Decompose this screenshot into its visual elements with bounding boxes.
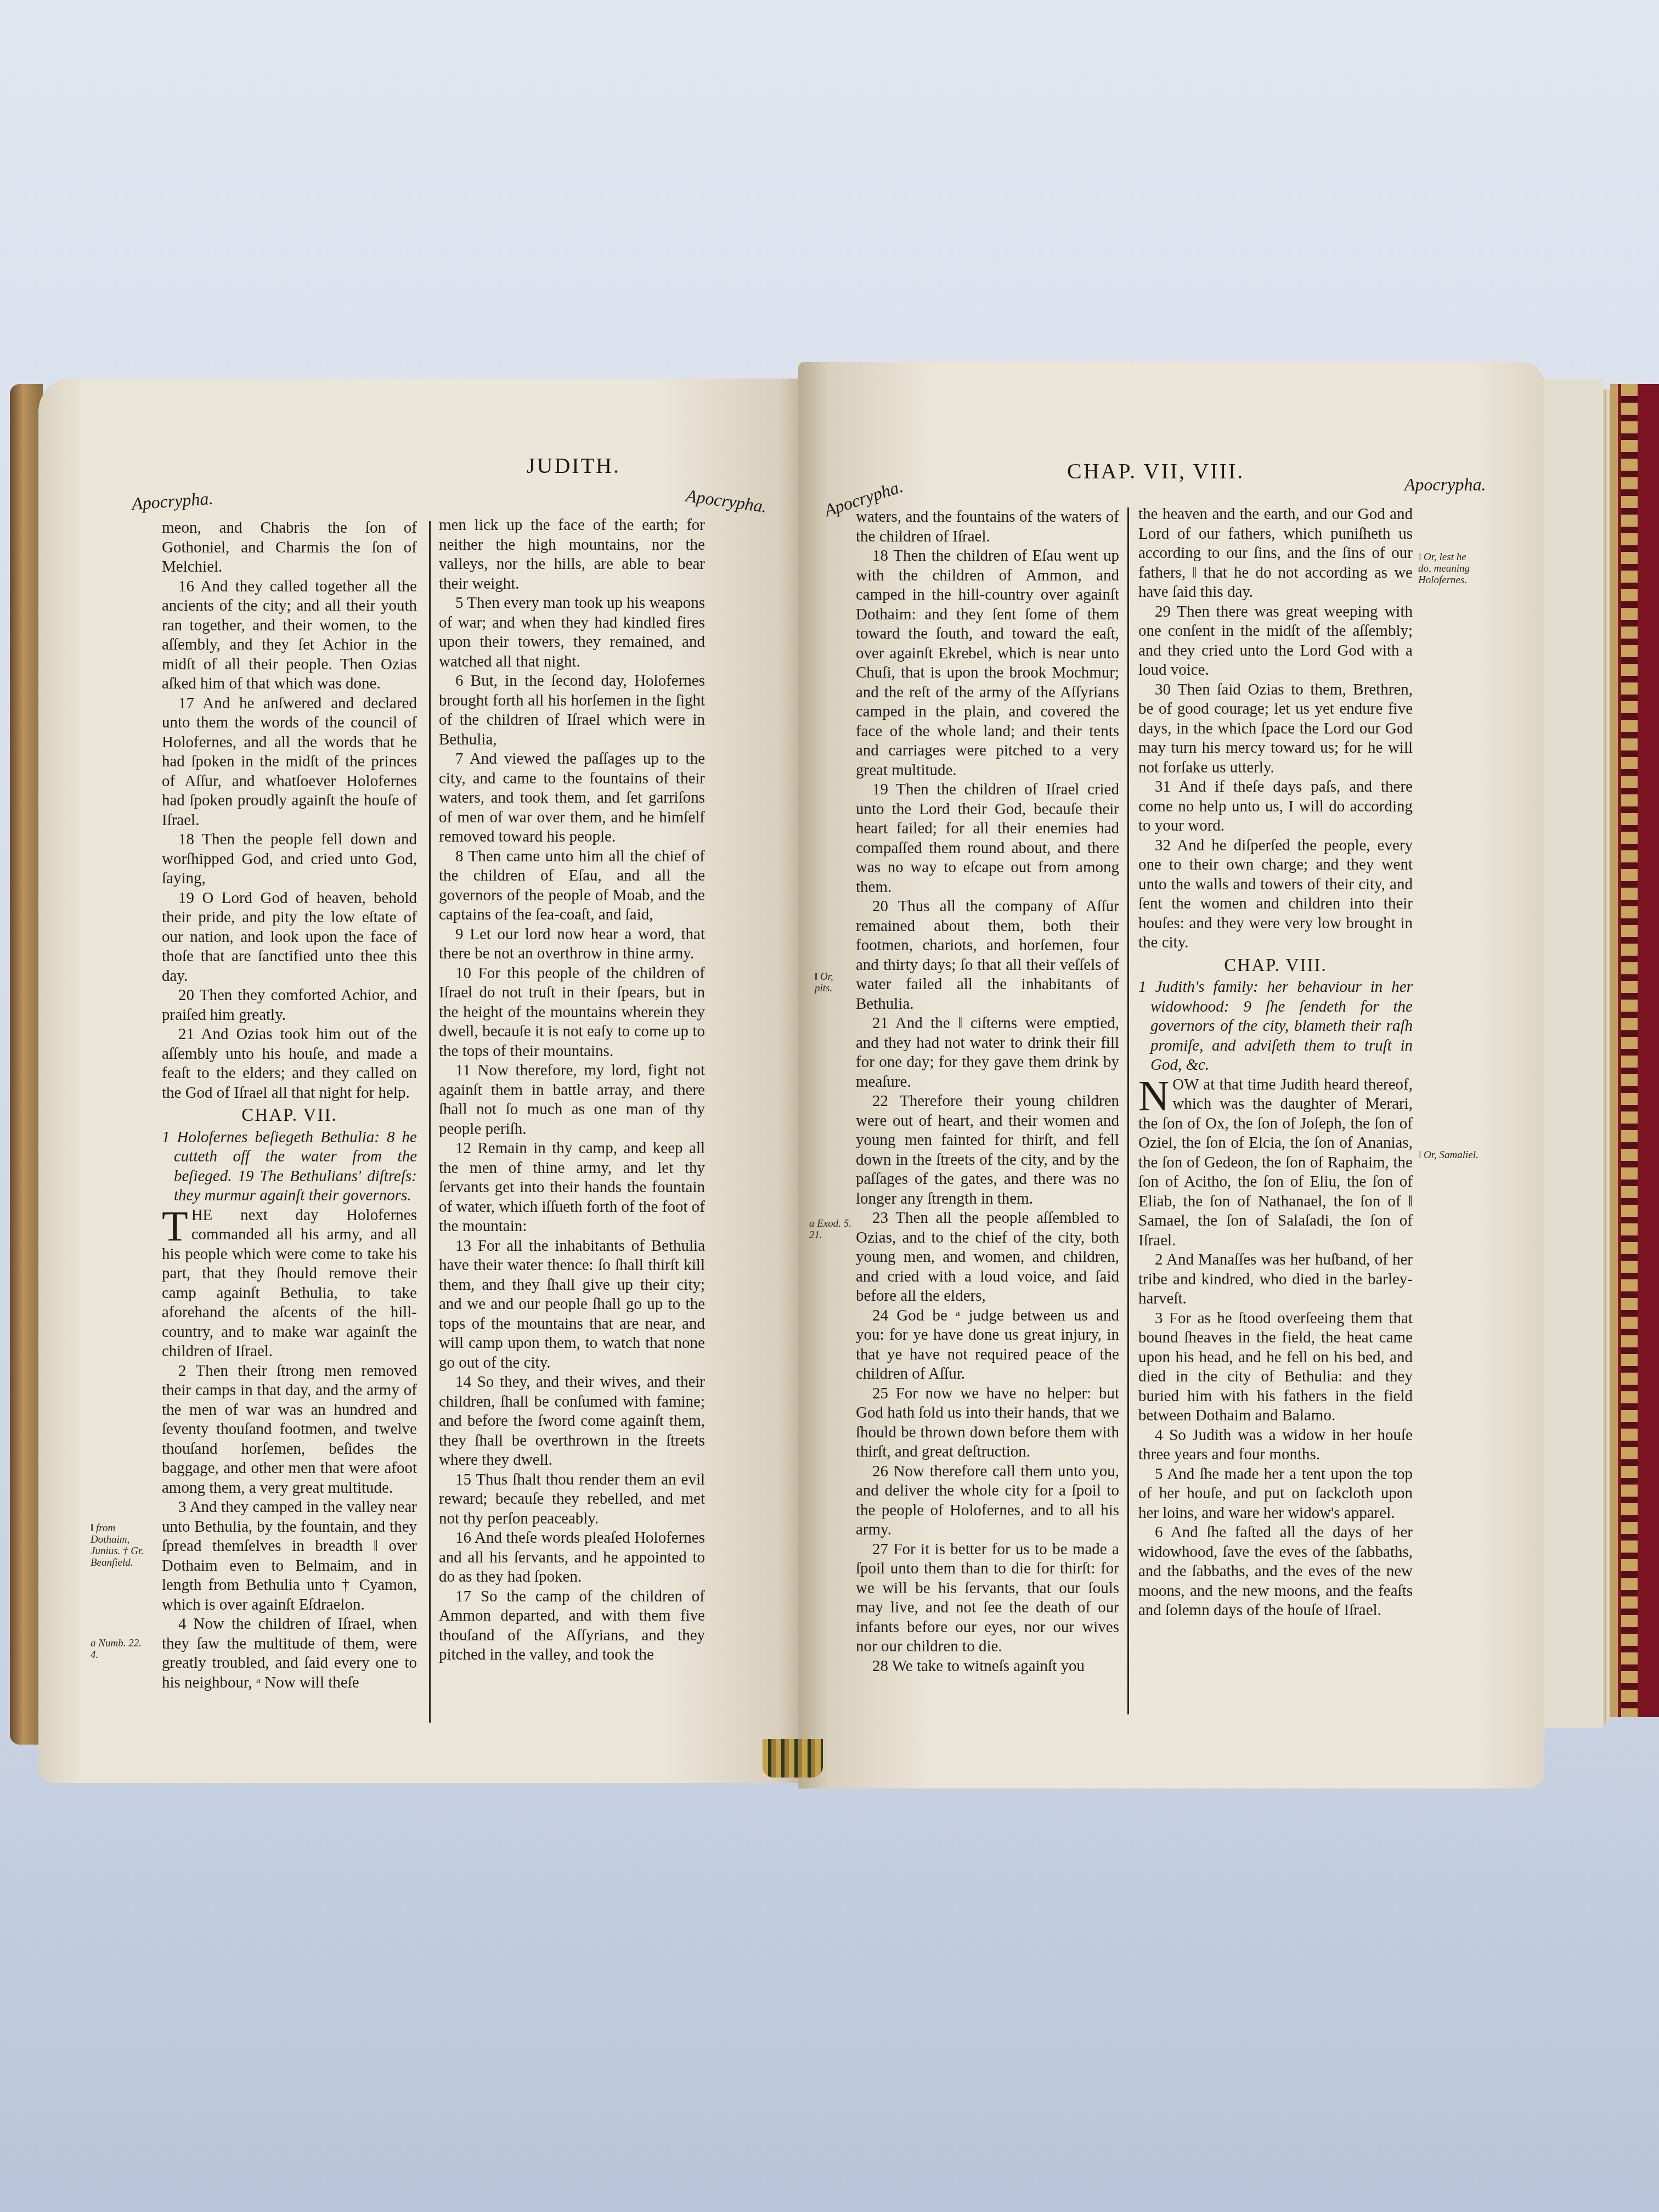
margin-note: a Numb. 22. 4. xyxy=(91,1638,145,1661)
verse: 32 And he diſperſed the people, every on… xyxy=(1138,836,1413,953)
verse: 15 Thus ſhalt thou render them an evil r… xyxy=(439,1470,705,1529)
verse: 23 Then all the people aſſembled to Ozia… xyxy=(856,1209,1119,1306)
verse: 20 Then they comforted Achior, and praiſ… xyxy=(162,986,417,1025)
verse: 13 For all the inhabitants of Bethulia h… xyxy=(439,1237,705,1373)
verse: 19 Then the children of Iſrael cried unt… xyxy=(856,780,1119,897)
underlying-page xyxy=(1536,379,1603,1728)
verse: 9 Let our lord now hear a word, that the… xyxy=(439,925,705,964)
chapter-heading: CHAP. VII. xyxy=(162,1106,417,1126)
text-column-2: men lick up the face of the earth; for n… xyxy=(439,516,705,1665)
continued-text: men lick up the face of the earth; for n… xyxy=(439,516,705,594)
verse: 25 For now we have no helper: but God ha… xyxy=(856,1384,1119,1462)
running-head: CHAP. VII, VIII. xyxy=(1067,458,1244,484)
margin-note: ‖ from Dothaim, Junius. † Gr. Beanfield. xyxy=(91,1522,151,1568)
verse: 28 We take to witneſs againſt you xyxy=(856,1657,1119,1677)
verse-opening: NOW at that time Judith heard thereof, w… xyxy=(1138,1075,1413,1251)
verse: 2 Then their ſtrong men removed their ca… xyxy=(162,1362,417,1498)
chapter-summary: 1 Judith's family: her behaviour in her … xyxy=(1138,978,1413,1075)
verse: 18 Then the people fell down and worſhip… xyxy=(162,830,417,889)
verse: 5 And ſhe made her a tent upon the top o… xyxy=(1138,1465,1413,1523)
chapter-summary: 1 Holofernes beſiegeth Bethulia: 8 he cu… xyxy=(162,1128,417,1206)
verse-text: HE next day Holofernes commanded all his… xyxy=(162,1206,417,1361)
left-page: JUDITH. Apocrypha. Apocrypha. meon, and … xyxy=(38,379,809,1783)
chapter-heading: CHAP. VIII. xyxy=(1138,956,1413,976)
verse: 22 Therefore their young children were o… xyxy=(856,1092,1119,1209)
verse: 16 And theſe words pleaſed Holofernes an… xyxy=(439,1528,705,1587)
verse: 14 So they, and their wives, and their c… xyxy=(439,1373,705,1470)
verse: 10 For this people of the children of Iſ… xyxy=(439,964,705,1062)
margin-note: a Exod. 5. 21. xyxy=(809,1218,853,1241)
right-page: CHAP. VII, VIII. Apocrypha. Apocrypha. w… xyxy=(798,362,1544,1788)
verse: 2 And Manaſſes was her huſband, of her t… xyxy=(1138,1250,1413,1309)
verse: 24 God be ᵃ judge between us and you: fo… xyxy=(856,1306,1119,1384)
verse-text: OW at that time Judith heard thereof, wh… xyxy=(1138,1076,1413,1249)
verse: 16 And they called together all the anci… xyxy=(162,577,417,694)
verse: 4 Now the children of Iſrael, when they … xyxy=(162,1615,417,1692)
verse: 29 Then there was great weeping with one… xyxy=(1138,602,1413,680)
verse: 27 For it is better for us to be made a … xyxy=(856,1540,1119,1657)
running-head: JUDITH. xyxy=(527,453,620,478)
verse: 6 But, in the ſecond day, Holofernes bro… xyxy=(439,672,705,749)
margin-note: ‖ Or, Samaliel. xyxy=(1418,1149,1479,1161)
column-rule xyxy=(1127,507,1129,1714)
open-book: JUDITH. Apocrypha. Apocrypha. meon, and … xyxy=(0,0,1659,2212)
gilt-greek-key-border xyxy=(1621,384,1638,1717)
verse: 17 And he anſwered and declared unto the… xyxy=(162,694,417,831)
continued-text: meon, and Chabris the ſon of Gothoniel, … xyxy=(162,518,417,577)
text-column-1: waters, and the fountains of the waters … xyxy=(856,507,1119,1676)
continued-text: the heaven and the earth, and our God an… xyxy=(1138,505,1413,602)
verse: 19 O Lord God of heaven, behold their pr… xyxy=(162,889,417,986)
verse: 18 Then the children of Eſau went up wit… xyxy=(856,546,1119,780)
verse: 20 Thus all the company of Aſſur remaine… xyxy=(856,897,1119,1014)
verse: 21 And the ‖ ciſterns were emptied, and … xyxy=(856,1014,1119,1092)
verse: 26 Now therefore call them unto you, and… xyxy=(856,1462,1119,1540)
text-column-1: meon, and Chabris the ſon of Gothoniel, … xyxy=(162,518,417,1692)
verse: 7 And viewed the paſſages up to the city… xyxy=(439,749,705,847)
verse: 17 So the camp of the children of Ammon … xyxy=(439,1587,705,1665)
drop-cap: T xyxy=(162,1208,188,1244)
verse: 31 And if theſe days paſs, and there com… xyxy=(1138,777,1413,836)
verse: 4 So Judith was a widow in her houſe thr… xyxy=(1138,1426,1413,1465)
verse: 8 Then came unto him all the chief of th… xyxy=(439,847,705,925)
continued-text: waters, and the fountains of the waters … xyxy=(856,507,1119,546)
book-cover-right-red-binding xyxy=(1610,384,1659,1717)
verse: 3 For as he ſtood overſeeing them that b… xyxy=(1138,1309,1413,1426)
bookmark-ribbon xyxy=(763,1739,823,1778)
drop-cap: N xyxy=(1138,1077,1169,1114)
margin-note: ‖ Or, pits. xyxy=(815,971,848,994)
verse: 5 Then every man took up his weapons of … xyxy=(439,594,705,672)
verse: 3 And they camped in the valley near unt… xyxy=(162,1498,417,1615)
book-cover-left-edge xyxy=(10,384,43,1745)
verse: 21 And Ozias took him out of the aſſembl… xyxy=(162,1025,417,1103)
verse: 6 And ſhe faſted all the days of her wid… xyxy=(1138,1523,1413,1621)
verse-opening: THE next day Holofernes commanded all hi… xyxy=(162,1206,417,1362)
verse: 12 Remain in thy camp, and keep all the … xyxy=(439,1139,705,1237)
margin-note: ‖ Or, lest he do, meaning Holofernes. xyxy=(1418,551,1479,586)
text-column-2: the heaven and the earth, and our God an… xyxy=(1138,505,1413,1621)
verse: 30 Then ſaid Ozias to them, Brethren, be… xyxy=(1138,680,1413,778)
column-rule xyxy=(429,521,431,1723)
corner-label-right: Apocrypha. xyxy=(685,486,768,517)
corner-label-right: Apocrypha. xyxy=(1404,475,1486,495)
corner-label-left: Apocrypha. xyxy=(131,488,214,514)
verse: 11 Now therefore, my lord, fight not aga… xyxy=(439,1061,705,1139)
